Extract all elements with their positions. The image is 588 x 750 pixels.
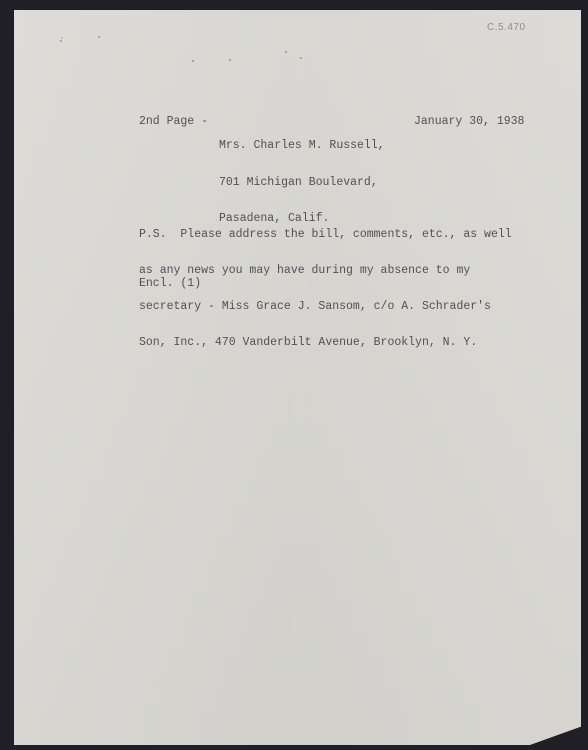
enclosure-note: Encl. (1) (139, 278, 201, 290)
paper-speck (229, 59, 231, 61)
addressee-street: 701 Michigan Boulevard, (219, 177, 385, 190)
page-label: 2nd Page - (139, 116, 208, 128)
paper-speck (61, 37, 63, 39)
paper-speck (285, 51, 287, 53)
postscript-line: as any news you may have during my absen… (139, 265, 512, 277)
paper-speck (98, 36, 100, 38)
addressee-name: Mrs. Charles M. Russell, (219, 140, 385, 153)
paper-speck (60, 40, 62, 42)
postscript-line: secretary - Miss Grace J. Sansom, c/o A.… (139, 301, 512, 313)
archive-catalog-mark: C.5.470 (487, 22, 526, 33)
paper-speck (300, 57, 302, 59)
letter-date: January 30, 1938 (414, 116, 524, 128)
paper-speck (192, 60, 194, 62)
postscript-line: P.S. Please address the bill, comments, … (139, 229, 512, 241)
postscript-line: Son, Inc., 470 Vanderbilt Avenue, Brookl… (139, 337, 512, 349)
